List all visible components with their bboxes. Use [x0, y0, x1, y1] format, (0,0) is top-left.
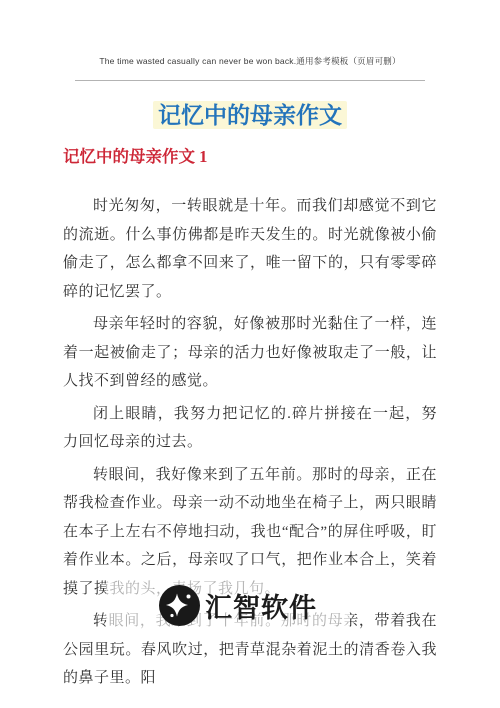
- sparkle-circle-icon: [159, 585, 200, 626]
- watermark-text: 汇智软件: [205, 586, 317, 625]
- section-heading: 记忆中的母亲作文 1: [63, 146, 437, 168]
- document-page: The time wasted casually can never be wo…: [0, 0, 500, 708]
- watermark-logo: 汇智软件: [159, 585, 317, 626]
- paragraph-3: 闭上眼睛，我努力把记忆的.碎片拼接在一起，努力回忆母亲的过去。: [63, 400, 437, 457]
- paragraph-2: 母亲年轻时的容貌，好像被那时光黏住了一样，连着一起被偷走了；母亲的活力也好像被取…: [63, 310, 437, 396]
- header-divider: [75, 80, 425, 81]
- document-title-text: 记忆中的母亲作文: [153, 101, 347, 129]
- page-header-text: The time wasted casually can never be wo…: [0, 55, 500, 67]
- paragraph-1: 时光匆匆，一转眼就是十年。而我们却感觉不到它的流逝。什么事仿佛都是昨天发生的。时…: [63, 192, 437, 306]
- document-title: 记忆中的母亲作文: [0, 97, 500, 130]
